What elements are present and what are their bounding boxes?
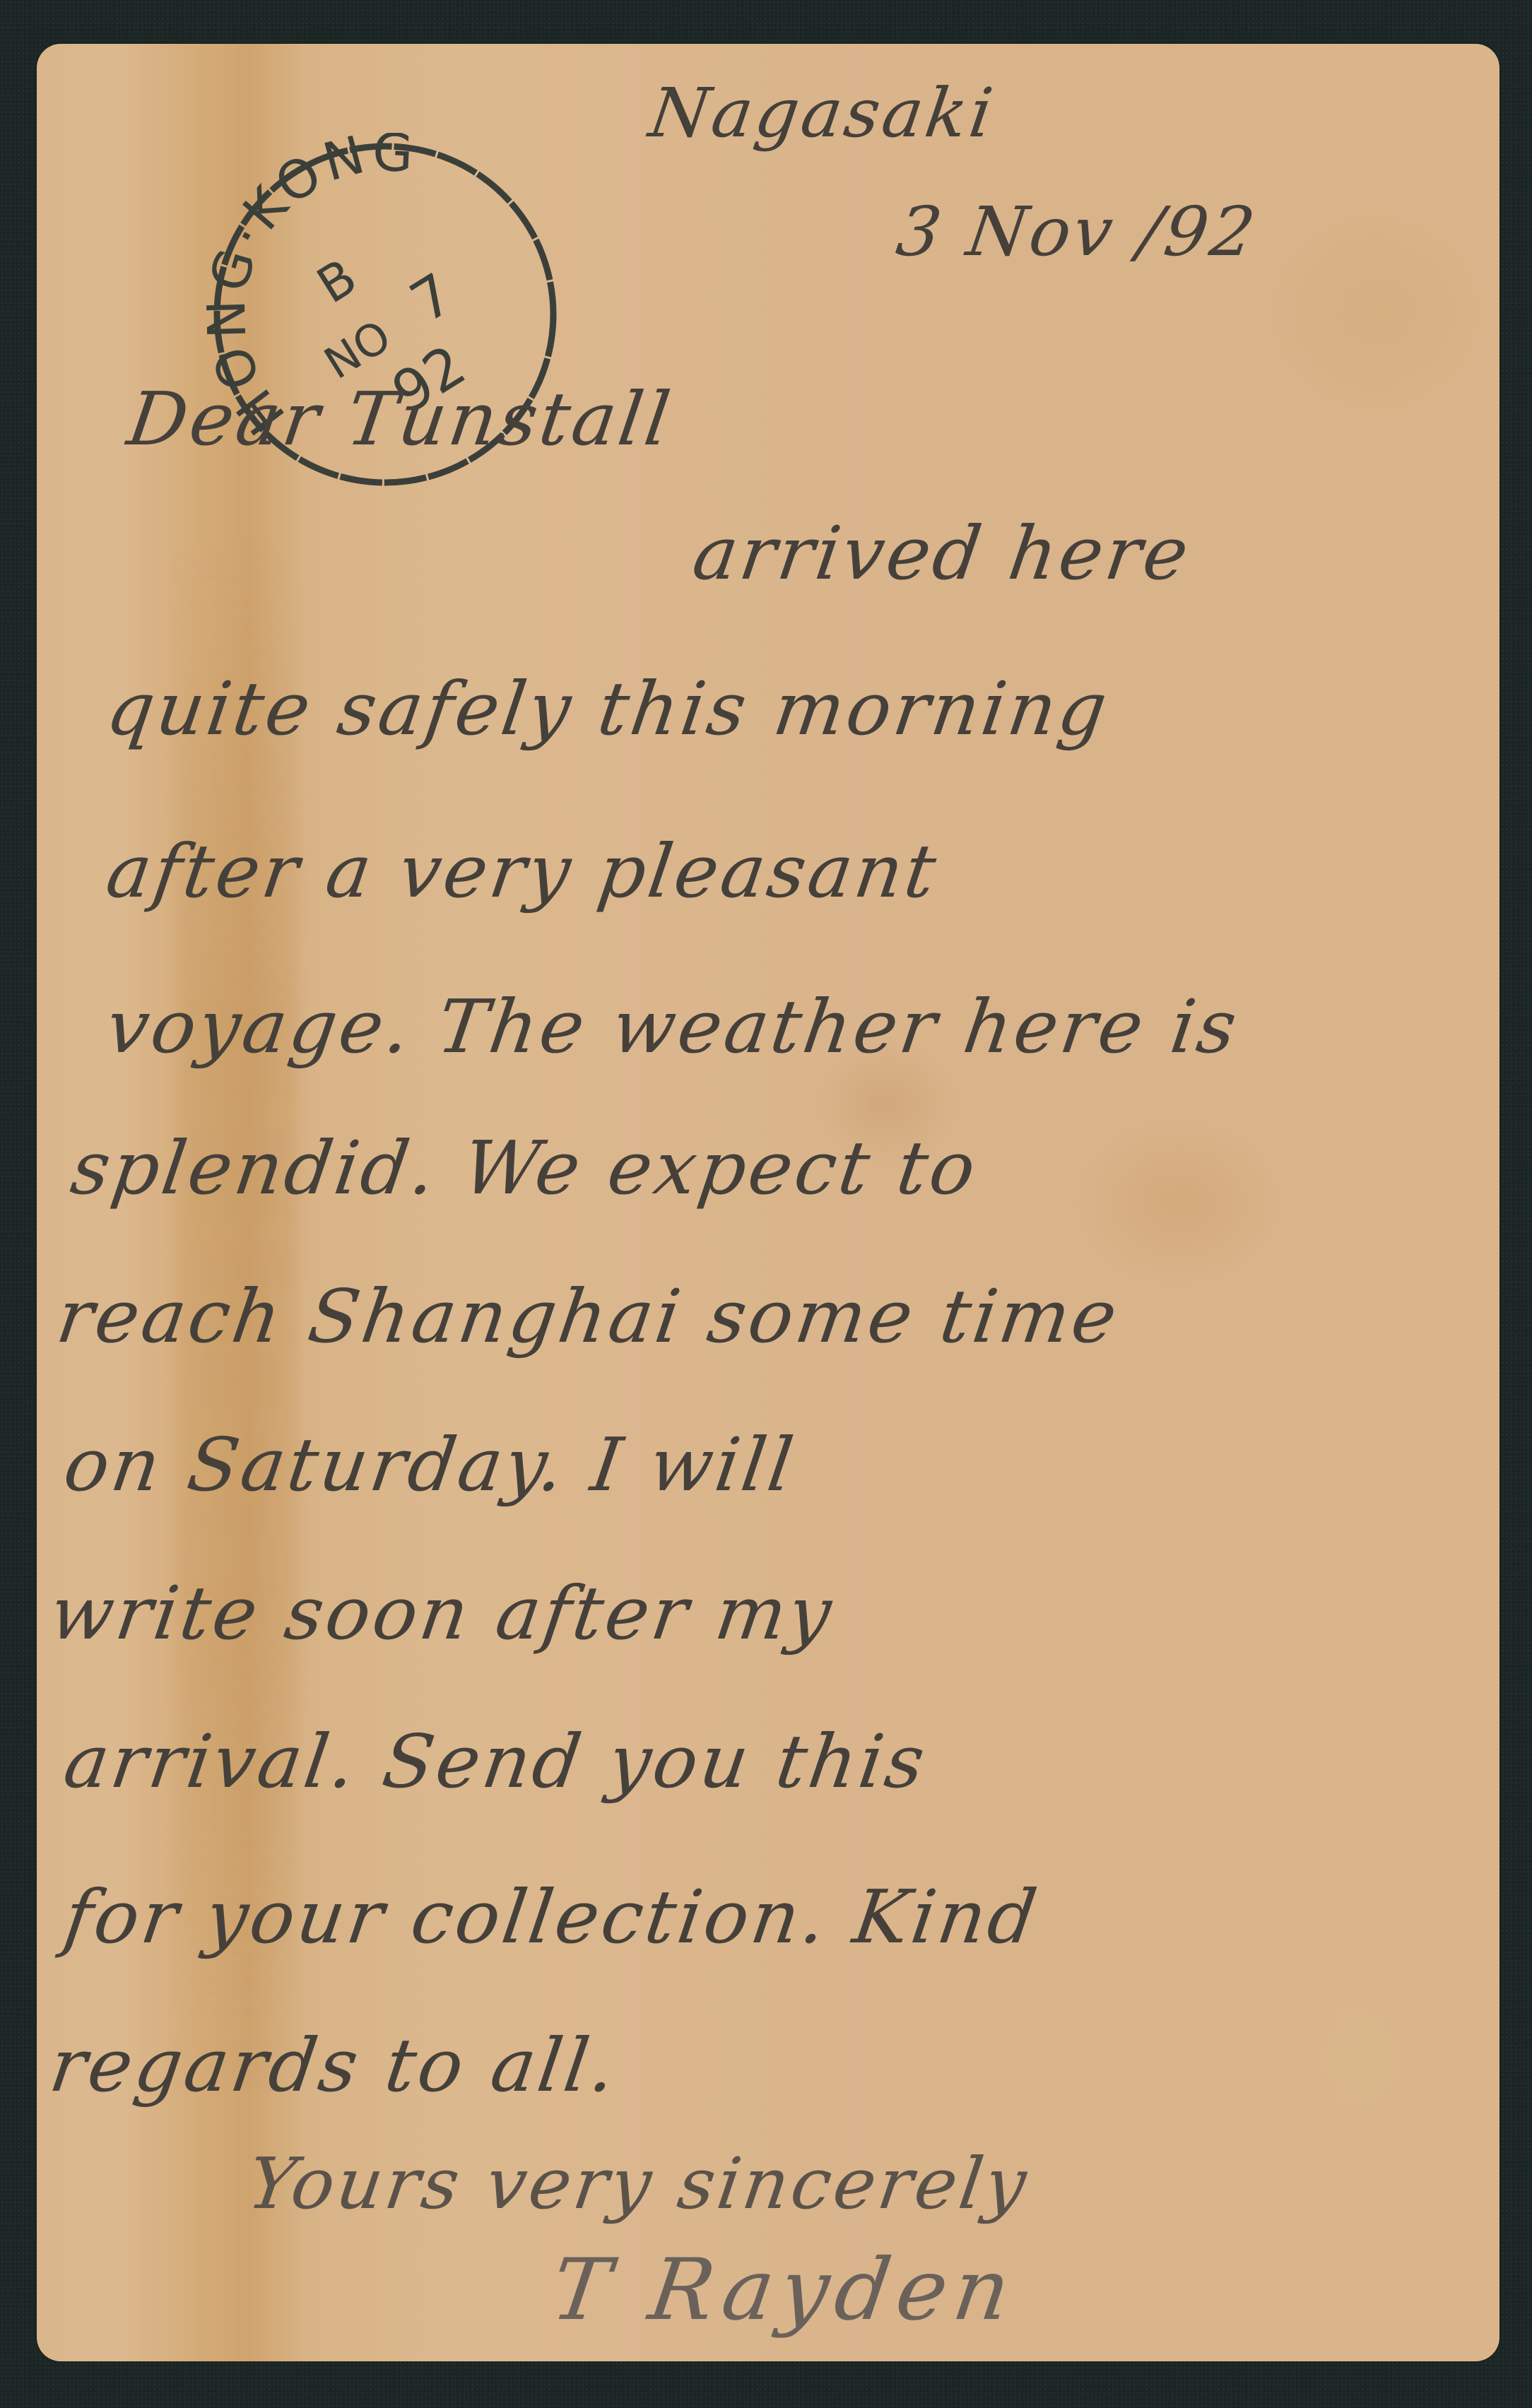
- body-line: after a very pleasant: [101, 828, 943, 914]
- body-line: reach Shanghai some time: [52, 1273, 1124, 1359]
- body-line: write soon after my: [45, 1570, 839, 1656]
- body-line: arrived here: [688, 510, 1196, 596]
- body-line: voyage. The weather here is: [101, 984, 1244, 1070]
- body-line: quite safely this morning: [101, 666, 1114, 752]
- header-place: Nagasaki: [644, 73, 1000, 153]
- body-line: regards to all.: [45, 2022, 623, 2108]
- body-line: arrival. Send you this: [59, 1718, 932, 1805]
- body-line: on Saturday. I will: [59, 1422, 801, 1508]
- postmark-letter: B: [307, 248, 367, 315]
- signature: T Rayden: [546, 2241, 1023, 2339]
- body-line: for your collection. Kind: [59, 1874, 1044, 1960]
- postcard: HONG·KONG B NO 7 92 Nagasaki 3 Nov /92 D…: [37, 44, 1499, 2361]
- closing: Yours very sincerely: [243, 2142, 1034, 2225]
- postmark-day: 7: [399, 261, 464, 336]
- header-date: 3 Nov /92: [892, 192, 1262, 271]
- salutation: Dear Tunstall: [122, 376, 678, 462]
- body-line: splendid. We expect to: [66, 1125, 983, 1211]
